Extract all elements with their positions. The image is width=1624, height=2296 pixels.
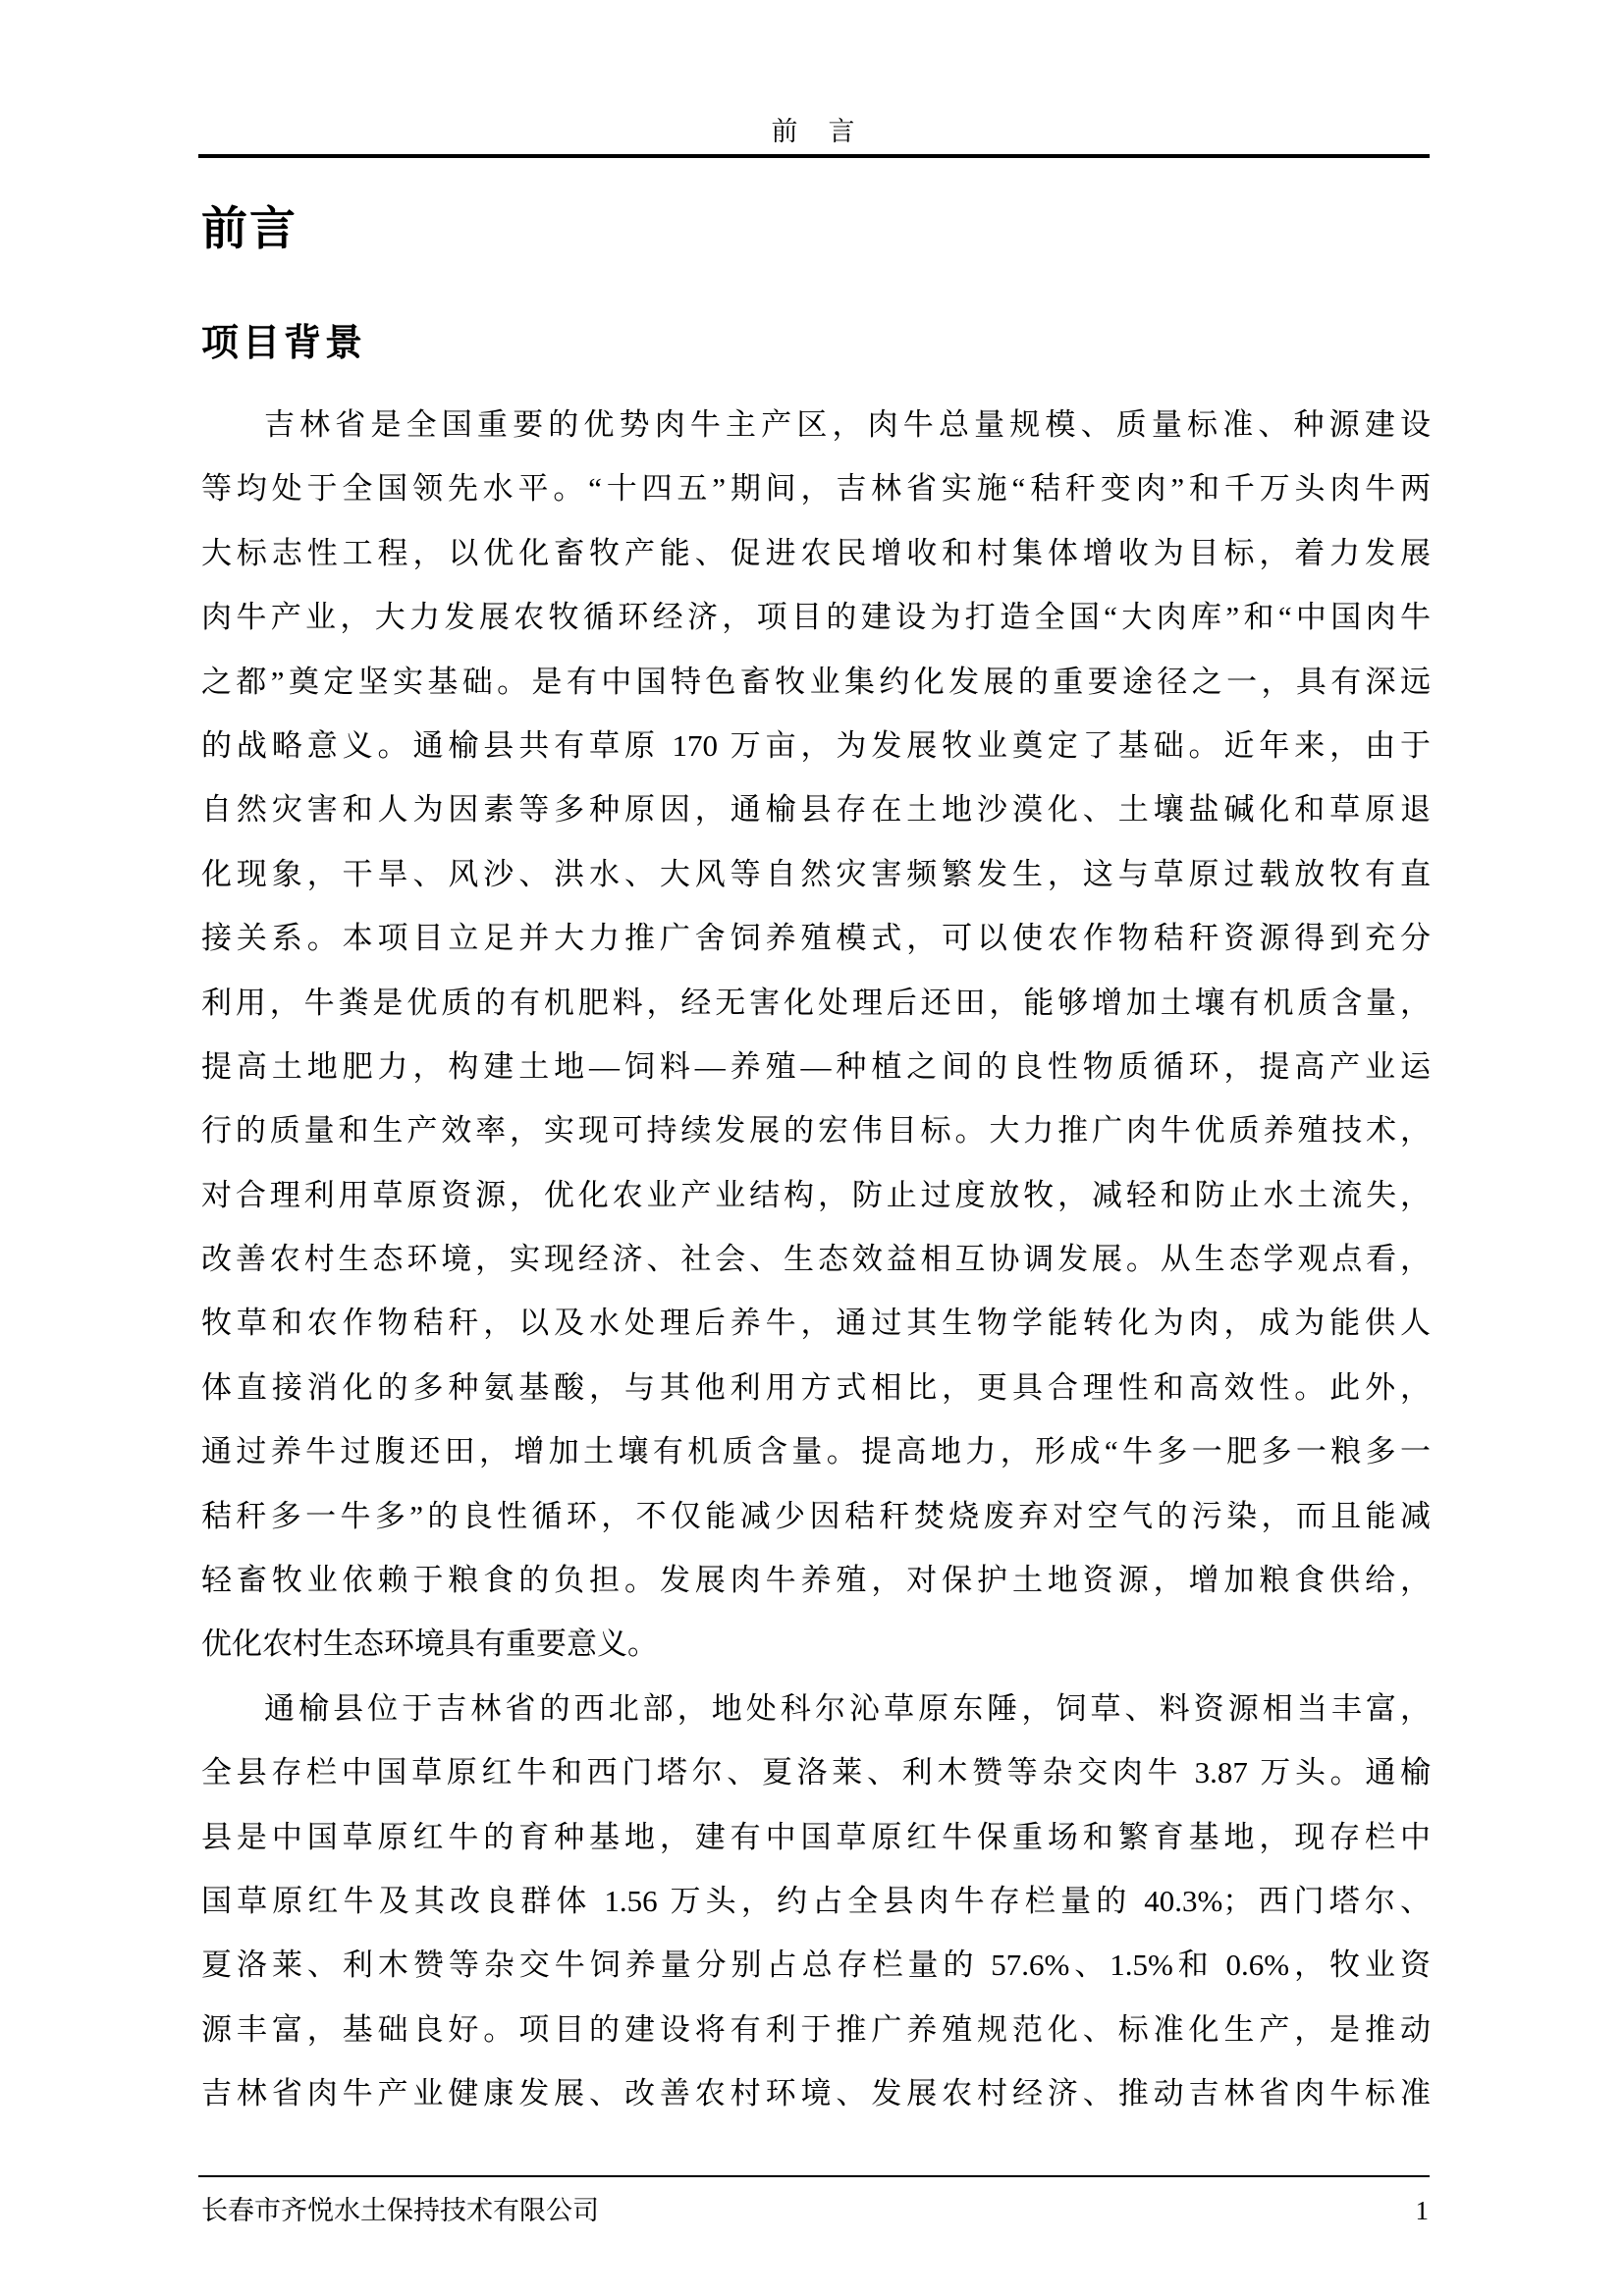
paragraph-line: 接关系。本项目立足并大力推广舍饲养殖模式，可以使农作物秸秆资源得到充分 (201, 906, 1431, 970)
paragraph-line: 提高土地肥力，构建土地—饲料—养殖—种植之间的良性物质循环，提高产业运 (201, 1035, 1431, 1098)
page-title: 前言 (201, 192, 298, 258)
paragraph-line: 利用，牛粪是优质的有机肥料，经无害化处理后还田，能够增加土壤有机质含量， (201, 971, 1431, 1035)
paragraph-line: 优化农村生态环境具有重要意义。 (201, 1612, 1431, 1676)
paragraph-line: 源丰富，基础良好。项目的建设将有利于推广养殖规范化、标准化生产，是推动 (201, 1998, 1431, 2061)
paragraph-line: 县是中国草原红牛的育种基地，建有中国草原红牛保重场和繁育基地，现存栏中 (201, 1805, 1431, 1869)
paragraph-line: 全县存栏中国草原红牛和西门塔尔、夏洛莱、利木赞等杂交肉牛 3.87 万头。通榆 (201, 1740, 1431, 1804)
paragraph-line: 对合理利用草原资源，优化农业产业结构，防止过度放牧，减轻和防止水土流失， (201, 1163, 1431, 1227)
paragraph-line: 改善农村生态环境，实现经济、社会、生态效益相互协调发展。从生态学观点看， (201, 1227, 1431, 1291)
paragraph-line: 行的质量和生产效率，实现可持续发展的宏伟目标。大力推广肉牛优质养殖技术， (201, 1098, 1431, 1162)
paragraph-line: 通过养牛过腹还田，增加土壤有机质含量。提高地力，形成“牛多一肥多一粮多一 (201, 1419, 1431, 1483)
document-page: 前 言 前言 项目背景 吉林省是全国重要的优势肉牛主产区，肉牛总量规模、质量标准… (0, 0, 1624, 2296)
section-heading: 项目背景 (201, 312, 366, 366)
paragraph-line: 化现象，干旱、风沙、洪水、大风等自然灾害频繁发生，这与草原过载放牧有直 (201, 842, 1431, 906)
paragraph-line: 秸秆多一牛多”的良性循环，不仅能减少因秸秆焚烧废弃对空气的污染，而且能减 (201, 1484, 1431, 1548)
paragraph-line: 轻畜牧业依赖于粮食的负担。发展肉牛养殖，对保护土地资源，增加粮食供给， (201, 1548, 1431, 1612)
paragraph-line: 自然灾害和人为因素等多种原因，通榆县存在土地沙漠化、土壤盐碱化和草原退 (201, 777, 1431, 841)
paragraph-line: 吉林省肉牛产业健康发展、改善农村环境、发展农村经济、推动吉林省肉牛标准 (201, 2061, 1431, 2125)
running-header: 前 言 (198, 110, 1430, 148)
paragraph-line: 夏洛莱、利木赞等杂交牛饲养量分别占总存栏量的 57.6%、1.5%和 0.6%，… (201, 1933, 1431, 1997)
paragraph-line: 的战略意义。通榆县共有草原 170 万亩，为发展牧业奠定了基础。近年来，由于 (201, 714, 1431, 777)
paragraph-line: 吉林省是全国重要的优势肉牛主产区，肉牛总量规模、质量标准、种源建设 (201, 393, 1431, 456)
paragraph-line: 之都”奠定坚实基础。是有中国特色畜牧业集约化发展的重要途径之一，具有深远 (201, 650, 1431, 714)
footer-divider (198, 2175, 1430, 2177)
paragraph-line: 牧草和农作物秸秆，以及水处理后养牛，通过其生物学能转化为肉，成为能供人 (201, 1291, 1431, 1355)
body-text: 吉林省是全国重要的优势肉牛主产区，肉牛总量规模、质量标准、种源建设 等均处于全国… (201, 393, 1431, 2126)
paragraph-line: 通榆县位于吉林省的西北部，地处科尔沁草原东陲，饲草、料资源相当丰富， (201, 1677, 1431, 1740)
paragraph-line: 体直接消化的多种氨基酸，与其他利用方式相比，更具合理性和高效性。此外， (201, 1356, 1431, 1419)
paragraph-line: 大标志性工程，以优化畜牧产能、促进农民增收和村集体增收为目标，着力发展 (201, 521, 1431, 585)
header-divider (198, 154, 1430, 158)
page-footer: 长春市齐悦水土保持技术有限公司 1 (201, 2189, 1429, 2227)
footer-company: 长春市齐悦水土保持技术有限公司 (201, 2189, 599, 2227)
paragraph-line: 国草原红牛及其改良群体 1.56 万头，约占全县肉牛存栏量的 40.3%；西门塔… (201, 1869, 1431, 1933)
paragraph-line: 等均处于全国领先水平。“十四五”期间，吉林省实施“秸秆变肉”和千万头肉牛两 (201, 456, 1431, 520)
page-number: 1 (1416, 2196, 1430, 2226)
paragraph-line: 肉牛产业，大力发展农牧循环经济，项目的建设为打造全国“大肉库”和“中国肉牛 (201, 585, 1431, 649)
